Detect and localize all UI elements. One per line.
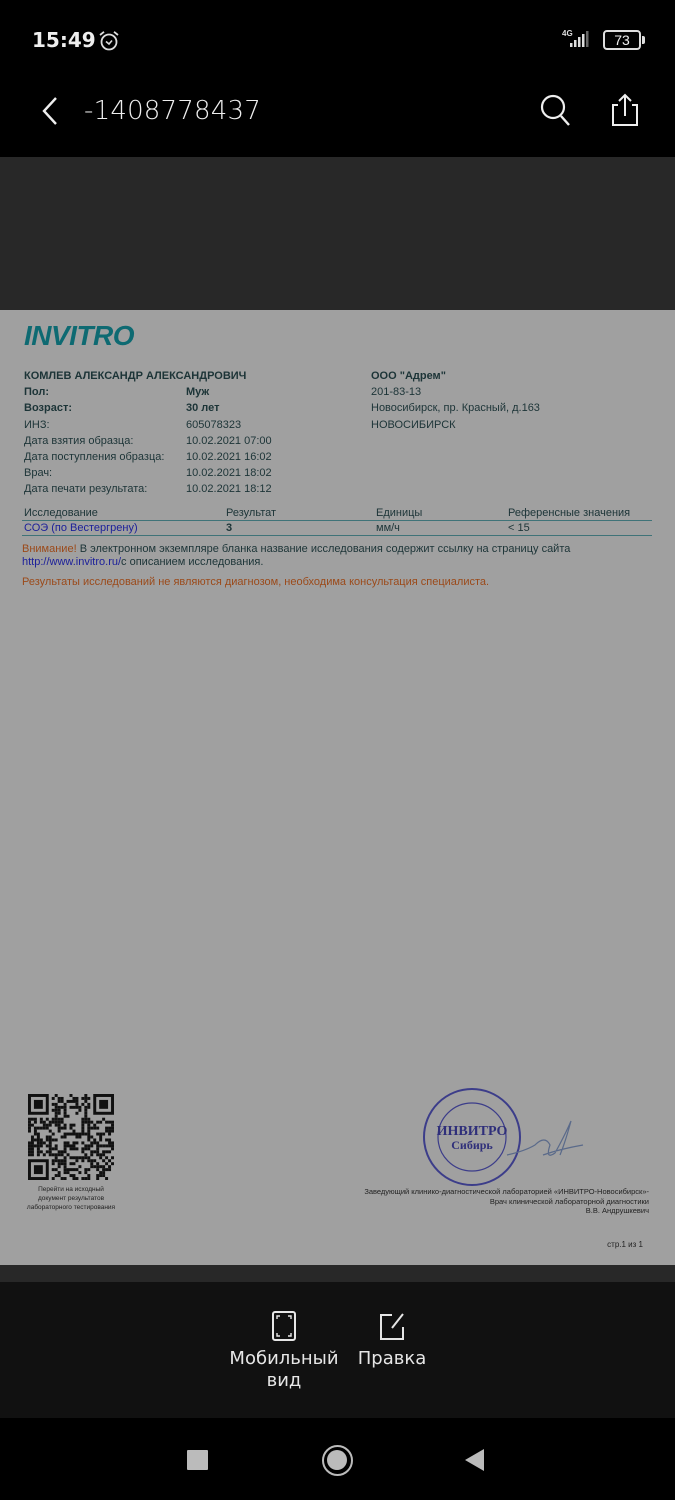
patient-info: КОМЛЕВ АЛЕКСАНДР АЛЕКСАНДРОВИЧ Пол: Муж … (24, 368, 272, 498)
lab-name: ООО "Адрем" (371, 368, 540, 384)
battery-indicator: 73 (603, 30, 641, 50)
status-time: 15:49 (32, 28, 96, 52)
document-viewer[interactable]: INVITRO КОМЛЕВ АЛЕКСАНДР АЛЕКСАНДРОВИЧ П… (0, 157, 675, 1282)
disclaimer: Результаты исследований не являются диаг… (22, 576, 489, 588)
svg-text:ИНВИТРО: ИНВИТРО (437, 1124, 508, 1139)
patient-name: КОМЛЕВ АЛЕКСАНДР АЛЕКСАНДРОВИЧ (24, 368, 272, 384)
lab-city: НОВОСИБИРСК (371, 417, 540, 433)
search-icon[interactable] (538, 92, 572, 128)
invitro-link[interactable]: http://www.invitro.ru/ (22, 556, 121, 568)
patient-field: Дата взятия образца: 10.02.2021 07:00 (24, 433, 272, 449)
mobile-view-button[interactable]: Мобильный вид (226, 1310, 342, 1392)
invitro-logo: INVITRO (24, 320, 134, 352)
alarm-icon (98, 30, 120, 52)
results-table: Исследование Результат Единицы Референсн… (22, 506, 652, 536)
mobile-view-icon (271, 1310, 297, 1342)
patient-field: Возраст: 30 лет (24, 400, 272, 416)
home-button[interactable] (322, 1445, 353, 1476)
status-bar: 15:49 4G 73 (0, 0, 675, 80)
signature (505, 1115, 585, 1170)
signer-info: Заведующий клинико-диагностической лабор… (364, 1187, 649, 1216)
bottom-toolbar: Мобильный вид Правка (0, 1282, 675, 1418)
test-link[interactable]: СОЭ (по Вестергрену) (22, 522, 226, 534)
nav-back-button[interactable] (465, 1449, 484, 1471)
edit-button[interactable]: Правка (352, 1310, 432, 1370)
system-nav-bar (0, 1418, 675, 1500)
app-bar: -1408778437 (0, 80, 675, 157)
notice: Внимание! В электронном экземпляре бланк… (22, 543, 652, 568)
patient-field: Врач: 10.02.2021 18:02 (24, 465, 272, 481)
qr-code[interactable] (27, 1094, 115, 1180)
patient-field: ИНЗ: 605078323 (24, 417, 272, 433)
svg-text:Сибирь: Сибирь (451, 1138, 493, 1152)
battery-tip (642, 36, 645, 44)
lab-phone: 201-83-13 (371, 384, 540, 400)
recent-apps-button[interactable] (187, 1450, 208, 1470)
back-arrow-icon[interactable] (36, 94, 66, 128)
qr-caption: Перейти на исходный документ результатов… (18, 1185, 124, 1212)
signal-icon: 4G (560, 28, 596, 50)
edit-icon (378, 1310, 406, 1342)
document-title: -1408778437 (84, 96, 261, 126)
patient-field: Пол: Муж (24, 384, 272, 400)
share-icon[interactable] (608, 92, 642, 128)
table-row: СОЭ (по Вестергрену) 3 мм/ч < 15 (22, 521, 652, 536)
patient-field: Дата поступления образца: 10.02.2021 16:… (24, 449, 272, 465)
patient-field: Дата печати результата: 10.02.2021 18:12 (24, 481, 272, 497)
lab-info: ООО "Адрем" 201-83-13 Новосибирск, пр. К… (371, 368, 540, 433)
results-header: Исследование Результат Единицы Референсн… (22, 506, 652, 521)
document-page: INVITRO КОМЛЕВ АЛЕКСАНДР АЛЕКСАНДРОВИЧ П… (0, 310, 675, 1265)
lab-address: Новосибирск, пр. Красный, д.163 (371, 400, 540, 416)
page-number: стр.1 из 1 (607, 1240, 643, 1249)
svg-text:4G: 4G (562, 29, 573, 38)
